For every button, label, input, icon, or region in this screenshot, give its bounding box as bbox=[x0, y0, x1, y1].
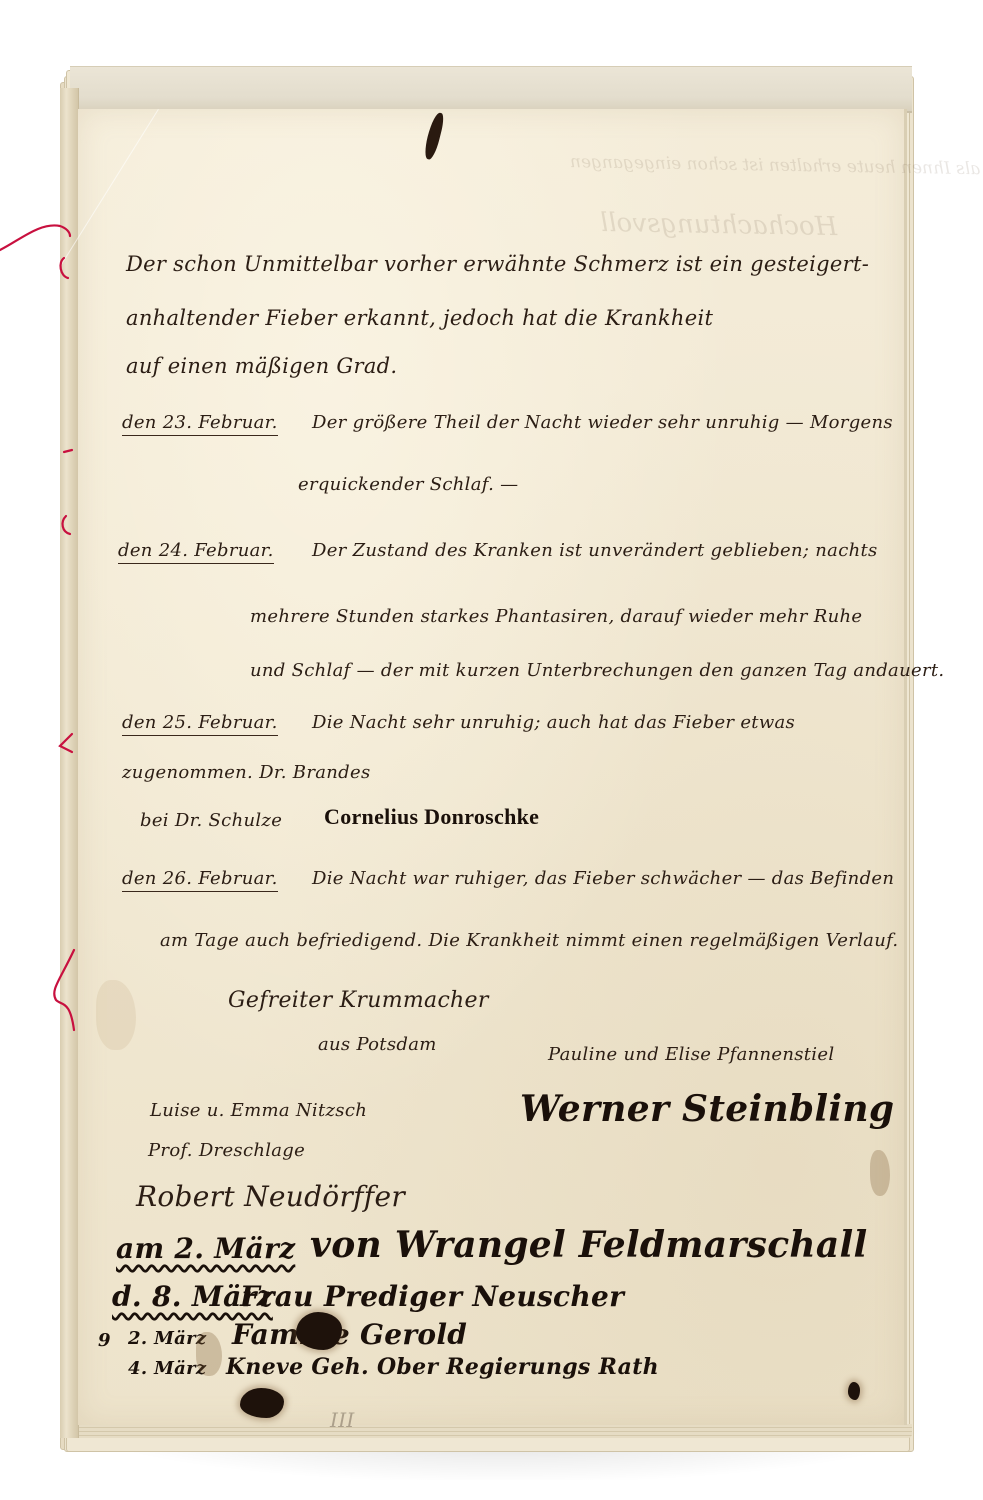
entry-line: am Tage auch befriedigend. Die Krankheit… bbox=[160, 930, 898, 951]
intro-line: Der schon Unmittelbar vorher erwähnte Sc… bbox=[126, 252, 869, 276]
ink-blot bbox=[296, 1312, 342, 1350]
spine-strip bbox=[60, 88, 79, 1438]
entry-date: den 24. Februar. bbox=[118, 540, 274, 564]
march-text: von Wrangel Feldmarschall bbox=[310, 1224, 867, 1266]
march-date: 4. März bbox=[128, 1358, 206, 1379]
signature-neudoerffer: Robert Neudörffer bbox=[136, 1180, 405, 1213]
entry-line: mehrere Stunden starkes Phantasiren, dar… bbox=[250, 606, 862, 627]
entry-date: den 25. Februar. bbox=[122, 712, 278, 736]
bleed-through-text: Hochachtungsvoll bbox=[600, 208, 838, 242]
entry-line: erquickender Schlaf. — bbox=[298, 474, 518, 495]
entry-line: Die Nacht war ruhiger, das Fieber schwäc… bbox=[312, 868, 894, 889]
water-stain bbox=[870, 1150, 890, 1196]
signature-line: bei Dr. Schulze bbox=[140, 810, 282, 831]
march-date: am 2. März bbox=[116, 1232, 295, 1265]
entry-line: Der größere Theil der Nacht wieder sehr … bbox=[312, 412, 893, 433]
entry-line: Die Nacht sehr unruhig; auch hat das Fie… bbox=[312, 712, 795, 733]
entry-date: den 23. Februar. bbox=[122, 412, 278, 436]
entry-line: zugenommen. Dr. Brandes bbox=[122, 762, 370, 783]
signature-cornelius: Cornelius Donroschke bbox=[324, 804, 539, 830]
intro-line: anhaltender Fieber erkannt, jedoch hat d… bbox=[126, 306, 713, 330]
march-marker: 9 bbox=[98, 1330, 111, 1351]
signature-nitzsch: Luise u. Emma Nitzsch bbox=[150, 1100, 367, 1121]
march-text: Kneve Geh. Ober Regierungs Rath bbox=[226, 1354, 659, 1380]
water-stain bbox=[196, 1332, 222, 1376]
bottom-pencil-mark: III bbox=[330, 1408, 355, 1432]
entry-line: Der Zustand des Kranken ist unverändert … bbox=[312, 540, 878, 561]
signature-dreschlage: Prof. Dreschlage bbox=[148, 1140, 305, 1161]
intro-line: auf einen mäßigen Grad. bbox=[126, 354, 397, 378]
signature-pfannenstiel: Pauline und Elise Pfannenstiel bbox=[548, 1044, 834, 1065]
signature-krummacher-origin: aus Potsdam bbox=[318, 1034, 437, 1055]
ink-blot bbox=[848, 1382, 860, 1400]
signature-krummacher: Gefreiter Krummacher bbox=[228, 988, 489, 1013]
signature-steinbling: Werner Steinbling bbox=[520, 1088, 894, 1130]
entry-date: den 26. Februar. bbox=[122, 868, 278, 892]
top-guard-strip bbox=[70, 66, 912, 113]
march-date: 2. März bbox=[128, 1328, 206, 1349]
ink-blot bbox=[240, 1388, 284, 1418]
entry-line: und Schlaf — der mit kurzen Unterbrechun… bbox=[250, 660, 944, 681]
march-text: Frau Prediger Neuscher bbox=[240, 1280, 624, 1313]
march-text: Familie Gerold bbox=[232, 1318, 467, 1351]
bottom-page-edges bbox=[62, 1424, 912, 1438]
